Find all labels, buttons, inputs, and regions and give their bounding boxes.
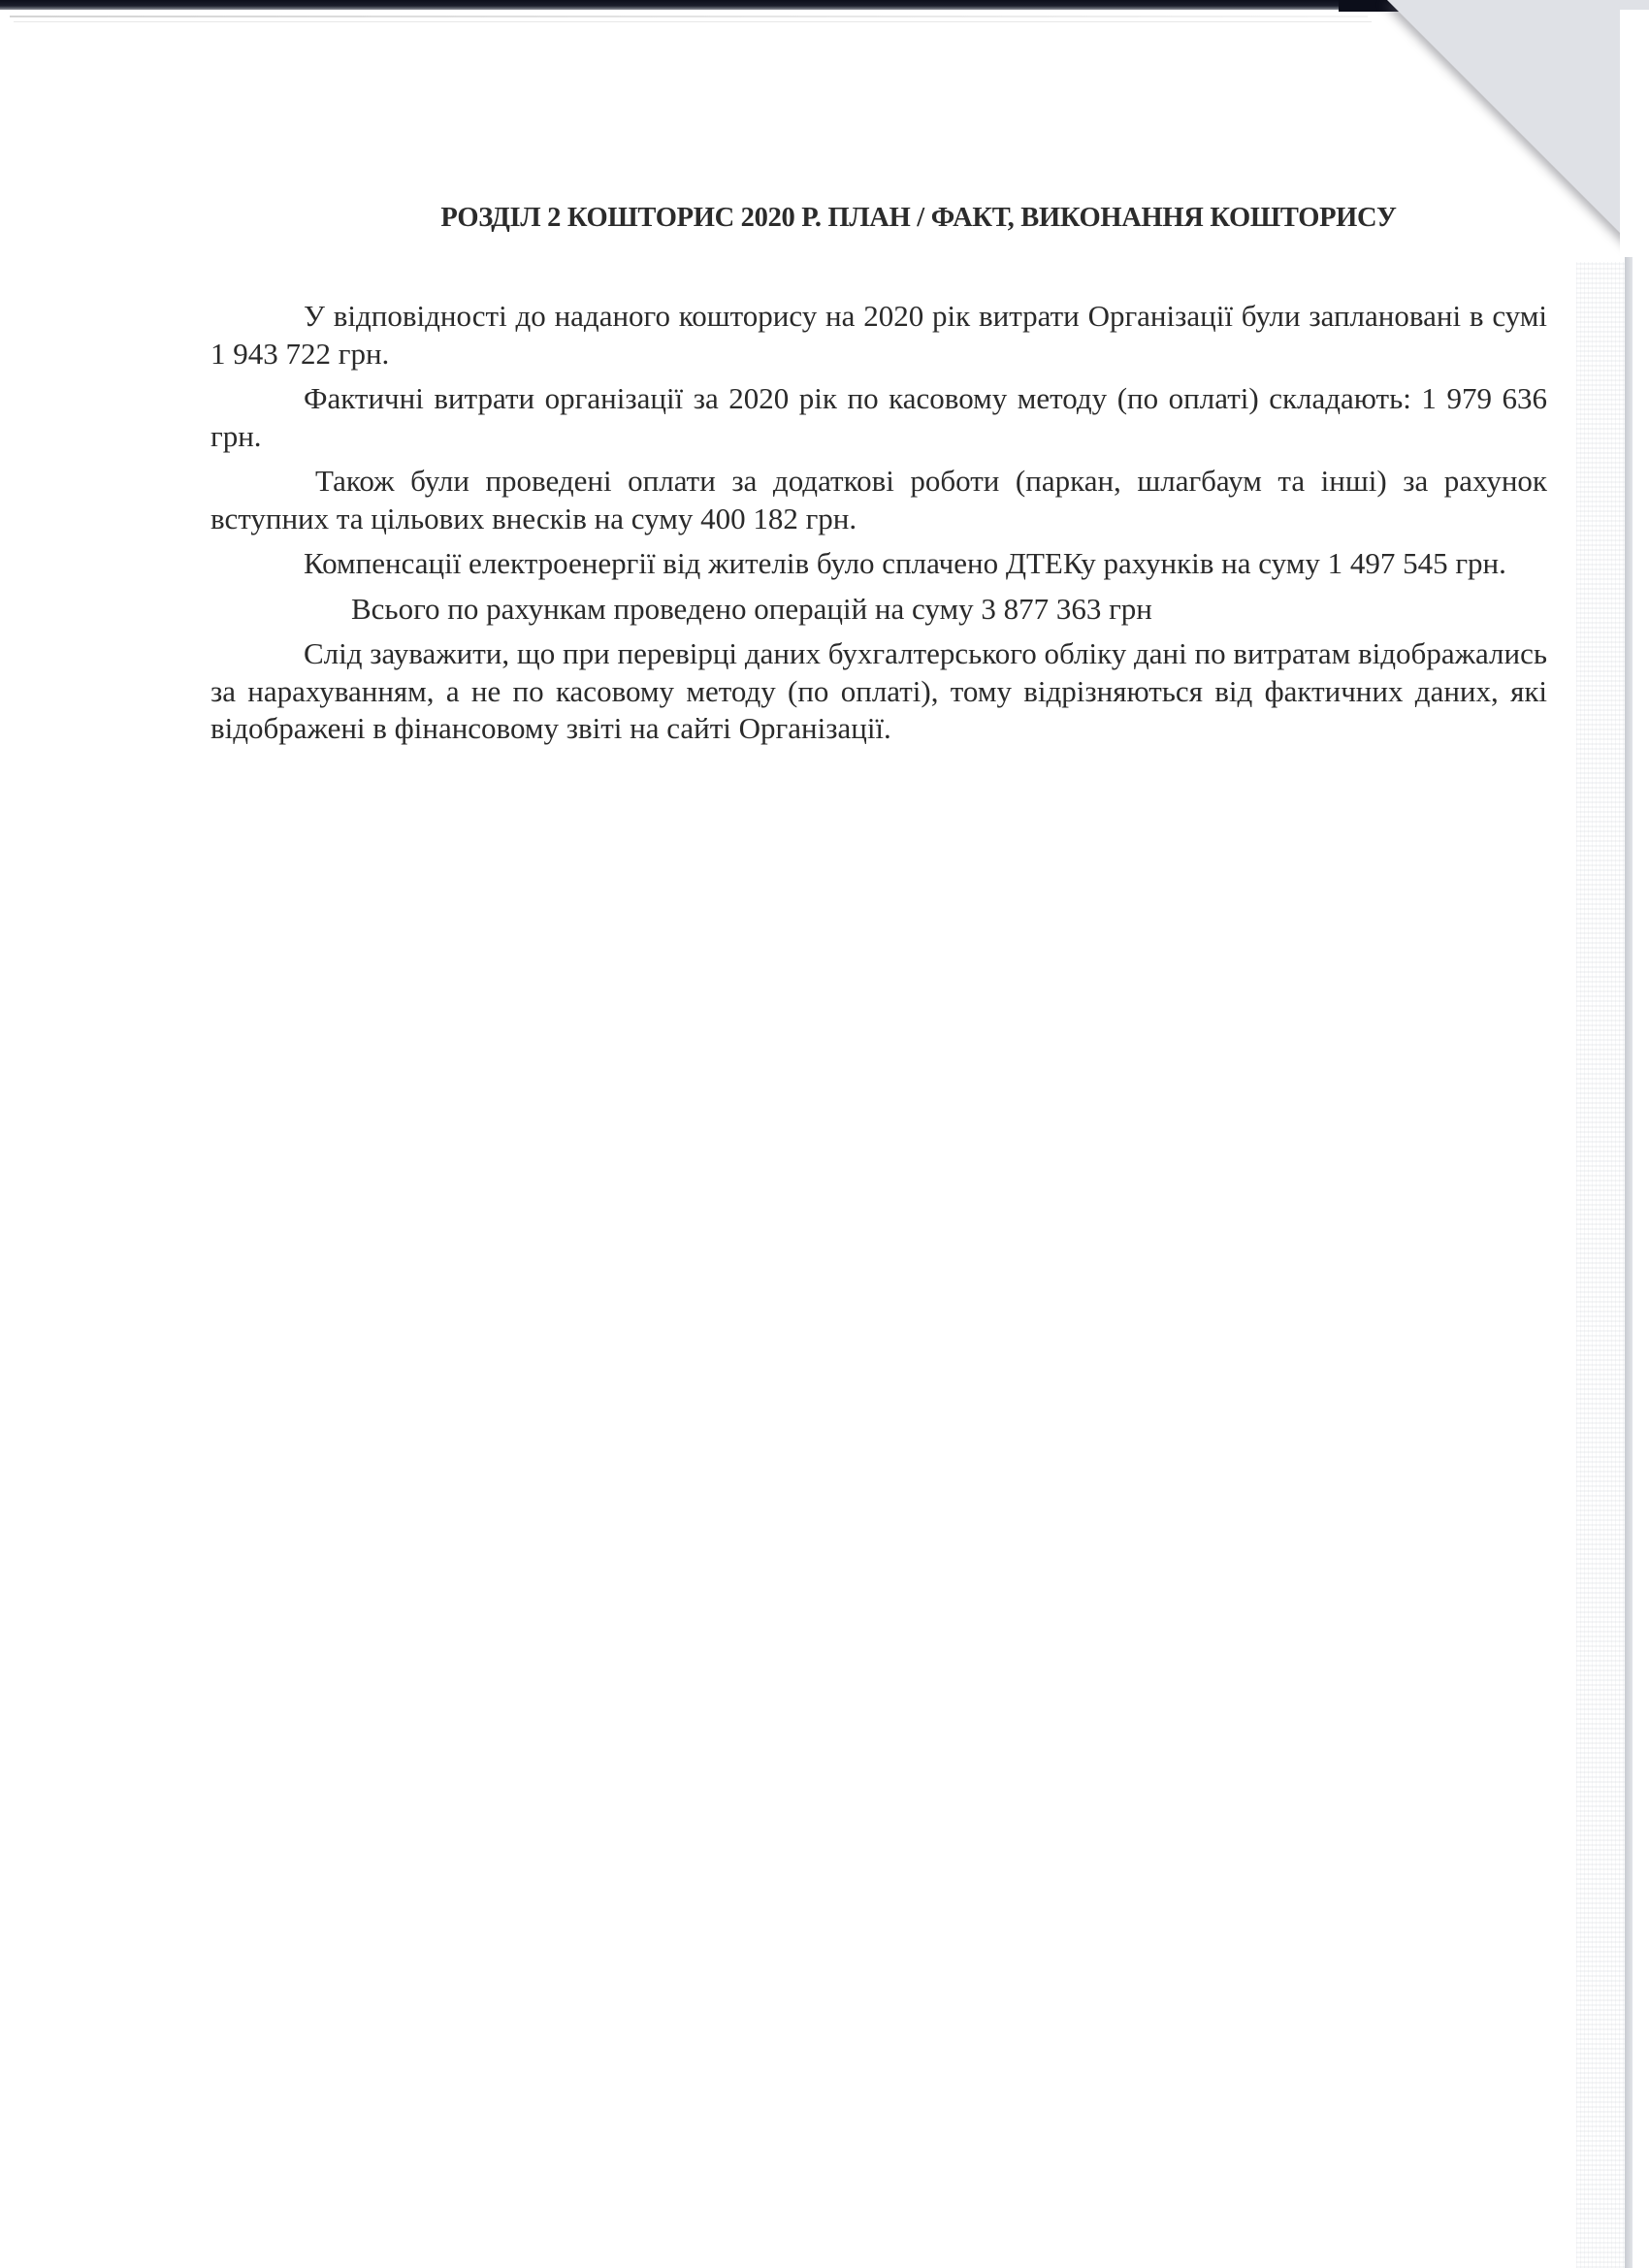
page-margin-right-top	[1620, 10, 1649, 262]
paragraph-actual-expenses: Фактичні витрати організації за 2020 рік…	[210, 380, 1547, 455]
paragraph-accounting-note: Слід зауважити, що при перевірці даних б…	[210, 635, 1547, 748]
document-body: У відповідності до наданого кошторису на…	[210, 298, 1547, 748]
scan-speckle-edge	[1576, 262, 1625, 2268]
scanner-bed-right	[1633, 257, 1649, 2268]
paragraph-total-operations: Всього по рахункам проведено операцій на…	[210, 591, 1547, 629]
paragraph-electricity-compensation: Компенсації електроенергії від жителів б…	[210, 545, 1547, 583]
scan-artifact-line	[10, 16, 1368, 17]
document-page: РОЗДІЛ 2 КОШТОРИС 2020 Р. ПЛАН / ФАКТ, В…	[210, 199, 1547, 748]
paragraph-planned-budget: У відповідності до наданого кошторису на…	[210, 298, 1547, 373]
paragraph-additional-works: Також були проведені оплати за додаткові…	[210, 463, 1547, 537]
page-edge-right	[1625, 257, 1633, 2268]
section-title: РОЗДІЛ 2 КОШТОРИС 2020 Р. ПЛАН / ФАКТ, В…	[303, 199, 1535, 238]
scan-artifact-line	[14, 21, 1372, 22]
